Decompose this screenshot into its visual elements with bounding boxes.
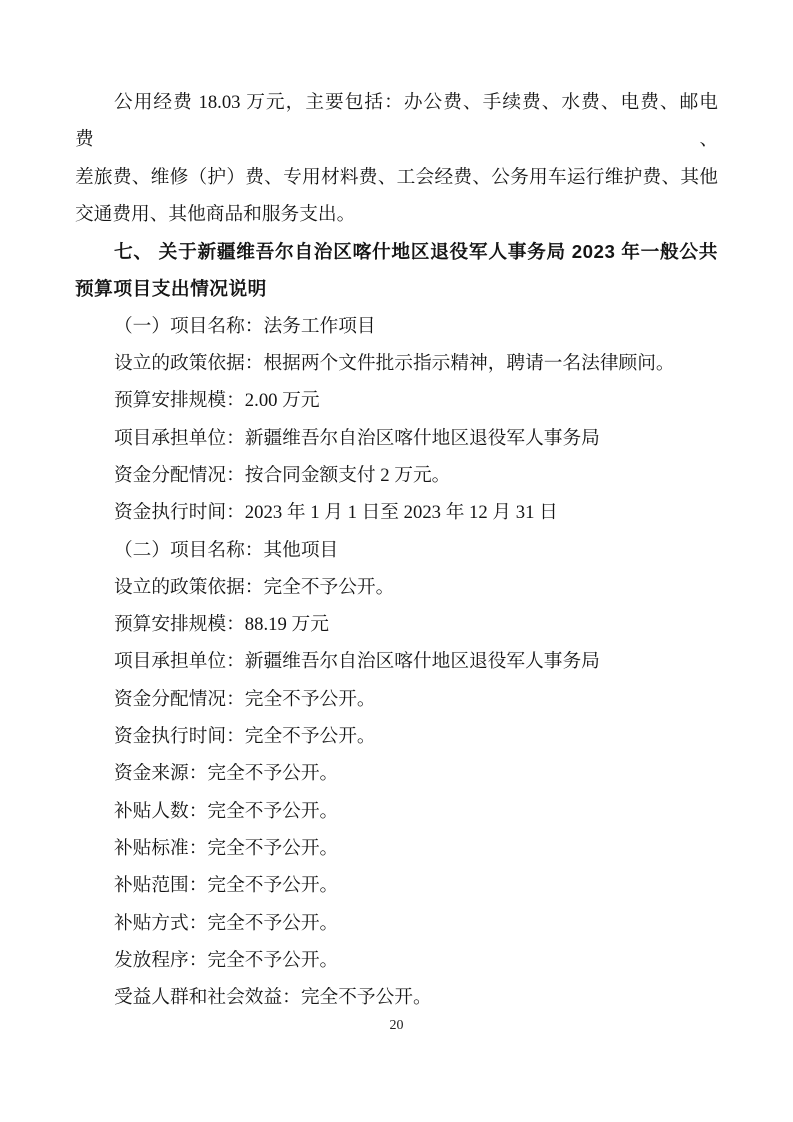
- paragraph-line: 发放程序：完全不予公开。: [75, 942, 718, 979]
- paragraph-line: 资金分配情况：按合同金额支付 2 万元。: [75, 457, 718, 494]
- paragraph-line: 补贴人数：完全不予公开。: [75, 793, 718, 830]
- paragraph-line: 补贴方式：完全不予公开。: [75, 905, 718, 942]
- paragraph-line: 资金分配情况：完全不予公开。: [75, 681, 718, 718]
- paragraph-line: 资金来源：完全不予公开。: [75, 755, 718, 792]
- document-page: 公用经费 18.03 万元，主要包括：办公费、手续费、水费、电费、邮电费、差旅费…: [0, 0, 793, 1122]
- section-heading-line: 七、 关于新疆维吾尔自治区喀什地区退役军人事务局 2023 年一般公共: [75, 233, 718, 270]
- page-number: 20: [390, 1018, 404, 1033]
- paragraph-line: 设立的政策依据：根据两个文件批示指示精神，聘请一名法律顾问。: [75, 345, 718, 382]
- paragraph-line: 补贴标准：完全不予公开。: [75, 830, 718, 867]
- paragraph-line: 项目承担单位：新疆维吾尔自治区喀什地区退役军人事务局: [75, 643, 718, 680]
- paragraph-line: （二）项目名称：其他项目: [75, 532, 718, 569]
- paragraph-line: （一）项目名称：法务工作项目: [75, 308, 718, 345]
- document-body: 公用经费 18.03 万元，主要包括：办公费、手续费、水费、电费、邮电费、差旅费…: [75, 84, 718, 1016]
- paragraph-line: 公用经费 18.03 万元，主要包括：办公费、手续费、水费、电费、邮电费、: [75, 84, 718, 159]
- paragraph-line: 补贴范围：完全不予公开。: [75, 867, 718, 904]
- paragraph-line: 预算安排规模：2.00 万元: [75, 382, 718, 419]
- paragraph-line: 差旅费、维修（护）费、专用材料费、工会经费、公务用车运行维护费、其他: [75, 159, 718, 196]
- paragraph-line: 预算安排规模：88.19 万元: [75, 606, 718, 643]
- paragraph-line: 受益人群和社会效益：完全不予公开。: [75, 979, 718, 1016]
- paragraph-line: 项目承担单位：新疆维吾尔自治区喀什地区退役军人事务局: [75, 420, 718, 457]
- paragraph-line: 设立的政策依据：完全不予公开。: [75, 569, 718, 606]
- paragraph-line: 交通费用、其他商品和服务支出。: [75, 196, 718, 233]
- section-heading-line: 预算项目支出情况说明: [75, 270, 718, 307]
- paragraph-line: 资金执行时间：2023 年 1 月 1 日至 2023 年 12 月 31 日: [75, 494, 718, 531]
- paragraph-line: 资金执行时间：完全不予公开。: [75, 718, 718, 755]
- page-footer: 20: [0, 1016, 793, 1036]
